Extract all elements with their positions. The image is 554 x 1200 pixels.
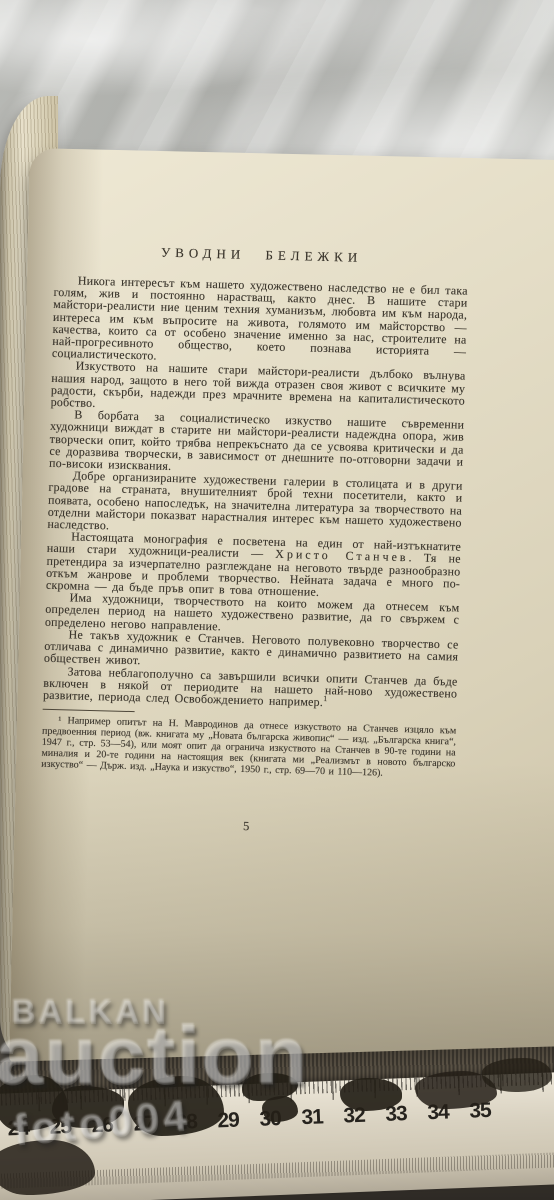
footnote-separator xyxy=(43,709,135,712)
page-title: УВОДНИ БЕЛЕЖКИ xyxy=(54,242,468,269)
watermark-auction: auction xyxy=(0,1010,309,1104)
paragraph-3: В борбата за социалистическо изкуство на… xyxy=(49,408,464,480)
paragraph-5-text-after: . Тя не претендира за изчерпателно разгл… xyxy=(46,551,461,599)
stain-blob xyxy=(482,1058,552,1092)
book-page: УВОДНИ БЕЛЕЖКИ Никога интересът към наше… xyxy=(9,148,554,1075)
stain-blob xyxy=(340,1078,402,1111)
paragraph-1: Никога интересът към нашето художествено… xyxy=(52,274,468,370)
paragraph-2: Изкуството на нашите стари майстори-реал… xyxy=(51,359,466,419)
artist-name: Христо Станчев xyxy=(275,547,409,564)
paragraph-5: Настоящата монография е посветена на еди… xyxy=(46,530,461,602)
paragraph-4: Добре организираните художествени галери… xyxy=(47,469,462,541)
paragraph-8-text: Затова неблагополучно са завършили всичк… xyxy=(43,664,458,709)
text-block: УВОДНИ БЕЛЕЖКИ Никога интересът към наше… xyxy=(40,242,469,840)
paragraph-7: Не такъв художник е Станчев. Неговото по… xyxy=(44,628,459,675)
paragraph-8: Затова неблагополучно са завършили всичк… xyxy=(43,664,458,711)
photo-scene: УВОДНИ БЕЛЕЖКИ Никога интересът към наше… xyxy=(0,0,554,1200)
footnote-reference: 1 xyxy=(323,694,327,703)
footnote: ¹ Например опитът на Н. Мавродинов да от… xyxy=(41,715,456,781)
paragraph-6: Има художници, творчеството на които мож… xyxy=(45,591,460,638)
page-number: 5 xyxy=(40,814,454,840)
paragraph-5-text-before: Настоящата монография е посветена на еди… xyxy=(47,530,462,562)
